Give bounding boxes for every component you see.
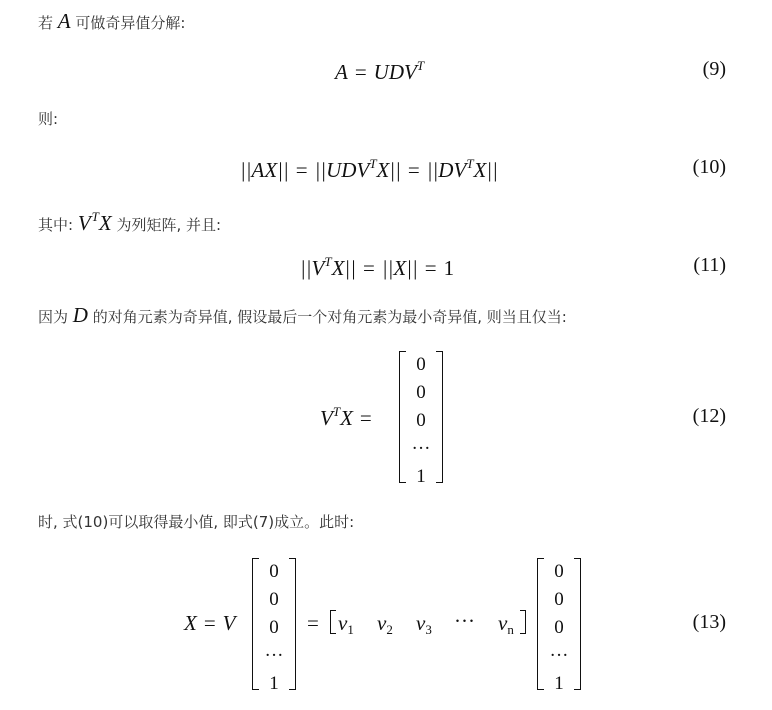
text: 的对角元素为奇异值, 假设最后一个对角元素为最小奇异值, 则当且仅当:	[88, 308, 567, 326]
column-vector-2: 0 0 0 ··· 1	[537, 558, 581, 690]
math-var-a: A	[58, 9, 71, 33]
right-bracket	[574, 558, 581, 690]
equals-sign: =	[204, 611, 216, 635]
right-bracket	[436, 351, 443, 483]
text: 为列矩阵, 并且:	[112, 216, 221, 234]
right-bracket	[289, 558, 296, 690]
equals-sign: =	[355, 60, 367, 84]
equation-number: (12)	[693, 405, 726, 428]
math-term: ||X||	[382, 256, 418, 280]
vector-entry: v	[377, 611, 386, 635]
equation-number: (9)	[703, 58, 726, 81]
text: 可做奇异值分解:	[71, 14, 186, 32]
math-term: X	[340, 406, 353, 430]
equals-sign: =	[307, 611, 319, 635]
equation-number: (10)	[693, 156, 726, 179]
left-bracket	[330, 610, 336, 634]
vector-ellipsis: ···	[454, 609, 475, 634]
math-term: X||	[377, 158, 401, 182]
row-vector: v1 v2 v3 ··· vn	[330, 606, 526, 642]
paragraph-then-min: 时, 式(10)可以取得最小值, 即式(7)成立。此时:	[38, 512, 354, 532]
math-var-v: V	[78, 211, 91, 235]
right-bracket	[520, 610, 526, 634]
text: 因为	[38, 308, 73, 326]
paragraph-because: 因为 D 的对角元素为奇异值, 假设最后一个对角元素为最小奇异值, 则当且仅当:	[38, 305, 567, 327]
vector-entry: v	[338, 611, 347, 635]
math-term: V	[320, 406, 333, 430]
superscript: T	[324, 254, 331, 269]
subscript: 2	[386, 622, 393, 637]
math-term: ||V	[300, 256, 324, 280]
subscript: n	[507, 622, 514, 637]
column-vector: 0 0 0 ··· 1	[252, 558, 296, 690]
subscript: 1	[347, 622, 354, 637]
equals-sign: =	[425, 256, 437, 280]
equals-sign: =	[408, 158, 420, 182]
vector-entry: v	[498, 611, 507, 635]
equation-13: X=V 0 0 0 ··· 1 = v1 v2 v3 ··· vn 0 0 0 …	[0, 556, 772, 691]
equals-sign: =	[296, 158, 308, 182]
math-term: ||AX||	[240, 158, 289, 182]
equation-number: (11)	[693, 254, 726, 277]
text: 其中:	[38, 216, 78, 234]
equation-12: VTX= 0 0 0 ··· 1 (12)	[0, 350, 772, 485]
vector-entry: v	[416, 611, 425, 635]
paragraph-svd-intro: 若 A 可做奇异值分解:	[38, 11, 185, 33]
paragraph-then: 则:	[38, 109, 58, 129]
math-term: ||DV	[427, 158, 467, 182]
equation-number: (13)	[693, 611, 726, 634]
paragraph-where: 其中: VTX 为列矩阵, 并且:	[38, 207, 221, 235]
equals-sign: =	[363, 256, 375, 280]
subscript: 3	[425, 622, 432, 637]
math-rhs: UDV	[374, 60, 417, 84]
text: 若	[38, 14, 58, 32]
math-term: ||UDV	[315, 158, 370, 182]
math-term: V	[223, 611, 236, 635]
math-term: X||	[474, 158, 498, 182]
superscript: T	[333, 404, 340, 419]
superscript: T	[417, 58, 424, 73]
math-term: X||	[332, 256, 356, 280]
superscript: T	[92, 209, 99, 224]
column-vector: 0 0 0 ··· 1	[399, 351, 443, 483]
superscript: T	[369, 156, 376, 171]
math-lhs: A	[335, 60, 348, 84]
math-var-x: X	[99, 211, 112, 235]
math-term: X	[184, 611, 197, 635]
superscript: T	[466, 156, 473, 171]
math-term: 1	[444, 256, 455, 280]
math-var-d: D	[73, 303, 88, 327]
equals-sign: =	[360, 406, 372, 430]
